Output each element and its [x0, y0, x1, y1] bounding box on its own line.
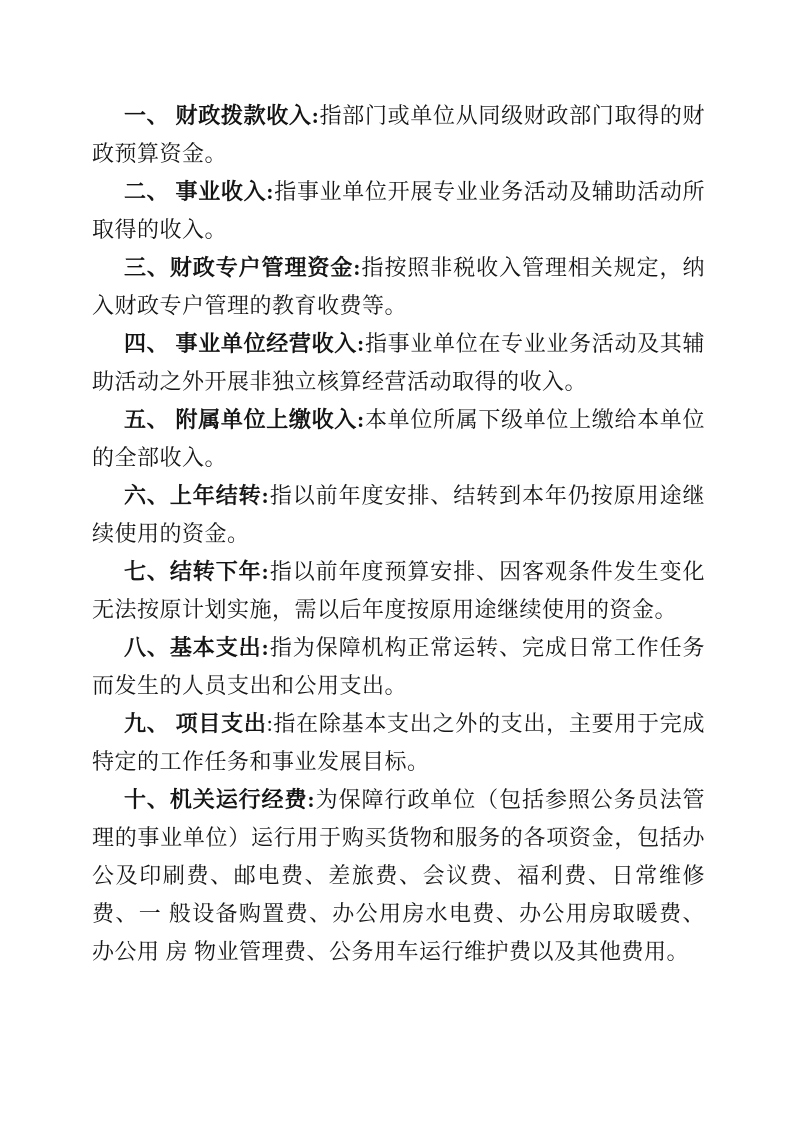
definition-item: 十、机关运行经费:为保障行政单位（包括参照公务员法管理的事业单位）运行用于购买货… — [92, 781, 705, 971]
term-label: 七、结转下年: — [124, 559, 269, 584]
term-label: 二、 事业收入: — [124, 179, 274, 204]
term-label: 九、 项目支出 — [124, 711, 267, 736]
term-label: 十、机关运行经费: — [124, 787, 315, 812]
definition-item: 二、 事业收入:指事业单位开展专业业务活动及辅助活动所取得的收入。 — [92, 173, 705, 249]
document-page: 一、 财政拨款收入:指部门或单位从同级财政部门取得的财政预算资金。 二、 事业收… — [0, 0, 793, 1122]
term-label: 八、基本支出: — [124, 635, 269, 660]
definition-item: 一、 财政拨款收入:指部门或单位从同级财政部门取得的财政预算资金。 — [92, 97, 705, 173]
term-definition: 为保障行政单位（包括参照公务员法管理的事业单位）运行用于购买货物和服务的各项资金… — [92, 787, 705, 964]
definition-item: 四、 事业单位经营收入:指事业单位在专业业务活动及其辅助活动之外开展非独立核算经… — [92, 325, 705, 401]
definition-item: 九、 项目支出:指在除基本支出之外的支出，主要用于完成特定的工作任务和事业发展目… — [92, 705, 705, 781]
term-label: 五、 附属单位上缴收入: — [124, 407, 365, 432]
definitions-section: 一、 财政拨款收入:指部门或单位从同级财政部门取得的财政预算资金。 二、 事业收… — [92, 97, 705, 971]
term-label: 四、 事业单位经营收入: — [124, 331, 365, 356]
term-label: 六、上年结转: — [124, 483, 269, 508]
term-label: 一、 财政拨款收入: — [124, 103, 319, 128]
definition-item: 七、结转下年:指以前年度预算安排、因客观条件发生变化 无法按原计划实施，需以后年… — [92, 553, 705, 629]
definition-item: 八、基本支出:指为保障机构正常运转、完成日常工作任务 而发生的人员支出和公用支出… — [92, 629, 705, 705]
definition-item: 五、 附属单位上缴收入:本单位所属下级单位上缴给本单位的全部收入。 — [92, 401, 705, 477]
term-label: 三、财政专户管理资金: — [124, 255, 361, 280]
definition-item: 六、上年结转:指以前年度安排、结转到本年仍按原用途继 续使用的资金。 — [92, 477, 705, 553]
definition-item: 三、财政专户管理资金:指按照非税收入管理相关规定，纳 入财政专户管理的教育收费等… — [92, 249, 705, 325]
